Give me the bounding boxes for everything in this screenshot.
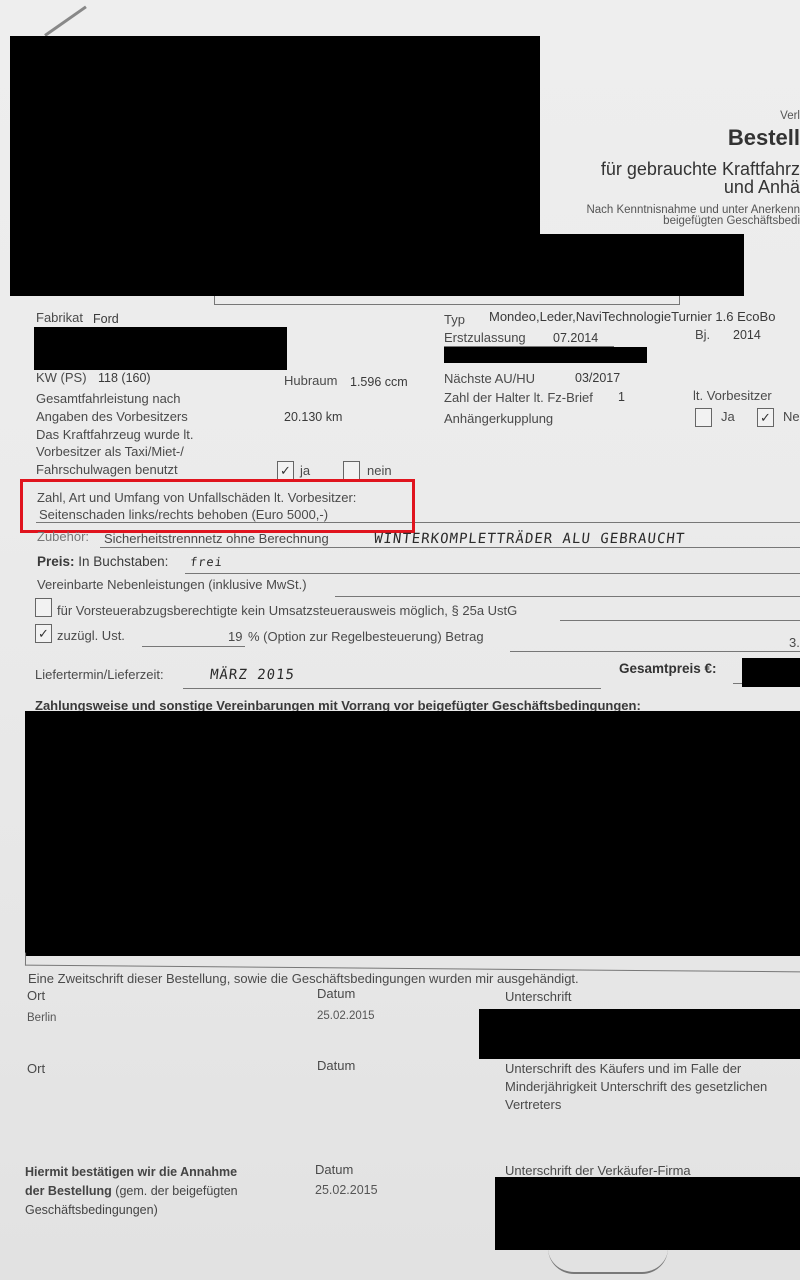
page-title: Bestell [728,125,800,151]
liefertermin-underline [183,688,601,689]
confirm-bold-1: Hiermit bestätigen wir die Annahme [25,1165,237,1179]
preis-row: Preis: In Buchstaben: [37,554,168,569]
ust-suffix: % (Option zur Regelbesteuerung) Betrag [248,629,484,644]
kw-label: KW (PS) [36,370,87,385]
au-hu-value: 03/2017 [575,371,620,385]
taxi-label-1: Das Kraftfahrzeug wurde lt. [36,427,194,442]
ust-amount-underline [510,651,800,652]
signature-scribble [548,1248,668,1274]
halter-label: Zahl der Halter lt. Fz-Brief [444,390,593,405]
fahrleistung-value: 20.130 km [284,410,342,424]
ust-percent: 19 [228,629,242,644]
ust-label: zuzügl. Ust. [57,628,125,643]
confirm-line-3: Geschäftsbedingungen) [25,1203,158,1217]
confirm-text: Hiermit bestätigen wir die Annahme der B… [25,1163,305,1220]
page-subtitle-2: und Anhä [724,177,800,198]
taxi-label-2: Vorbesitzer als Taxi/Miet-/ [36,444,184,459]
fahrleistung-label-2: Angaben des Vorbesitzers [36,409,188,424]
typ-label: Typ [444,312,465,327]
datum-value-1: 25.02.2015 [317,1010,375,1022]
kw-value: 118 (160) [98,371,151,385]
taxi-nein-checkbox[interactable] [343,461,360,480]
hubraum-value: 1.596 ccm [350,375,408,389]
liefertermin-label: Liefertermin/Lieferzeit: [35,667,164,682]
header-box-border [214,296,680,305]
taxi-ja-label: ja [300,463,310,478]
fabrikat-value: Ford [93,312,119,326]
ort-value-1: Berlin [27,1012,56,1024]
erstzulassung-label: Erstzulassung [444,330,526,345]
redacted-payment-terms [25,711,800,956]
datum-value-3: 25.02.2015 [315,1183,378,1197]
damage-highlight-box [20,479,415,533]
gesamtpreis-label: Gesamtpreis €: [619,661,717,676]
datum-label-1: Datum [317,986,355,1001]
buyer-sig-label-3: Vertreters [505,1097,561,1112]
buyer-sig-label-2: Minderjährigkeit Unterschrift des gesetz… [505,1079,767,1094]
vorsteuer-checkbox[interactable] [35,598,52,617]
redacted-seller-signature [495,1177,800,1250]
vorbesitzer-label: lt. Vorbesitzer [693,388,772,403]
ust-checkbox[interactable]: ✓ [35,624,52,643]
confirm-rest-2: (gem. der beigefügten [112,1184,238,1198]
header-notice-2: beigefügten Geschäftsbedi [663,215,800,227]
redacted-total-price [742,658,800,687]
zubehoer-value: Sicherheitstrennnetz ohne Berechnung [104,531,329,546]
nebenleistungen-underline [335,596,800,597]
preis-label-bold: Preis: [37,554,75,569]
au-hu-label: Nächste AU/HU [444,371,535,386]
preis-handwritten: frei [189,555,223,569]
zubehoer-handwritten: WINTERKOMPLETTRÄDER ALU GEBRAUCHT [373,531,686,547]
ust-amount: 3. [789,635,800,650]
fahrleistung-label-1: Gesamtfahrleistung nach [36,391,181,406]
vorsteuer-label: für Vorsteuerabzugsberechtigte kein Umsa… [57,603,517,618]
seller-sig-label: Unterschrift der Verkäufer-Firma [505,1163,691,1178]
header-fragment: Verl [780,110,800,122]
bj-label: Bj. [695,327,710,342]
ort-label-1: Ort [27,988,45,1003]
bj-value: 2014 [733,328,761,342]
taxi-nein-label: nein [367,463,392,478]
anhaenger-ja-checkbox[interactable] [695,408,712,427]
halter-value: 1 [618,390,625,404]
hubraum-label: Hubraum [284,373,337,388]
datum-label-2: Datum [317,1058,355,1073]
taxi-label-3: Fahrschulwagen benutzt [36,462,178,477]
anhaenger-label: Anhängerkupplung [444,411,553,426]
redacted-vehicle-id [34,327,287,370]
erstzulassung-value: 07.2014 [553,331,598,345]
redacted-buyer-signature [479,1009,800,1059]
pen-mark [44,6,87,37]
anhaenger-nein-checkbox[interactable]: ✓ [757,408,774,427]
ust-percent-underline [142,646,245,647]
zubehoer-underline [100,547,800,548]
fabrikat-label: Fabrikat [36,310,83,325]
redacted-header-address [10,234,744,296]
unterschrift-label-1: Unterschrift [505,989,571,1004]
buyer-sig-label-1: Unterschrift des Käufers und im Falle de… [505,1061,741,1076]
zweitschrift-note: Eine Zweitschrift dieser Bestellung, sow… [28,971,579,986]
vorsteuer-underline [560,620,800,621]
ort-label-2: Ort [27,1061,45,1076]
preis-underline [185,573,800,574]
typ-value: Mondeo,Leder,NaviTechnologieTurnier 1.6 … [489,309,775,324]
anhaenger-nein-label: Ne [783,409,800,424]
preis-label: In Buchstaben: [78,554,168,569]
datum-label-3: Datum [315,1162,353,1177]
liefertermin-value: MÄRZ 2015 [209,667,296,683]
zubehoer-label: Zubehör: [37,529,89,544]
anhaenger-ja-label: Ja [721,409,735,424]
redacted-vehicle-number [444,347,647,363]
nebenleistungen-label: Vereinbarte Nebenleistungen (inklusive M… [37,577,307,592]
confirm-bold-2: der Bestellung [25,1184,112,1198]
taxi-ja-checkbox[interactable]: ✓ [277,461,294,480]
